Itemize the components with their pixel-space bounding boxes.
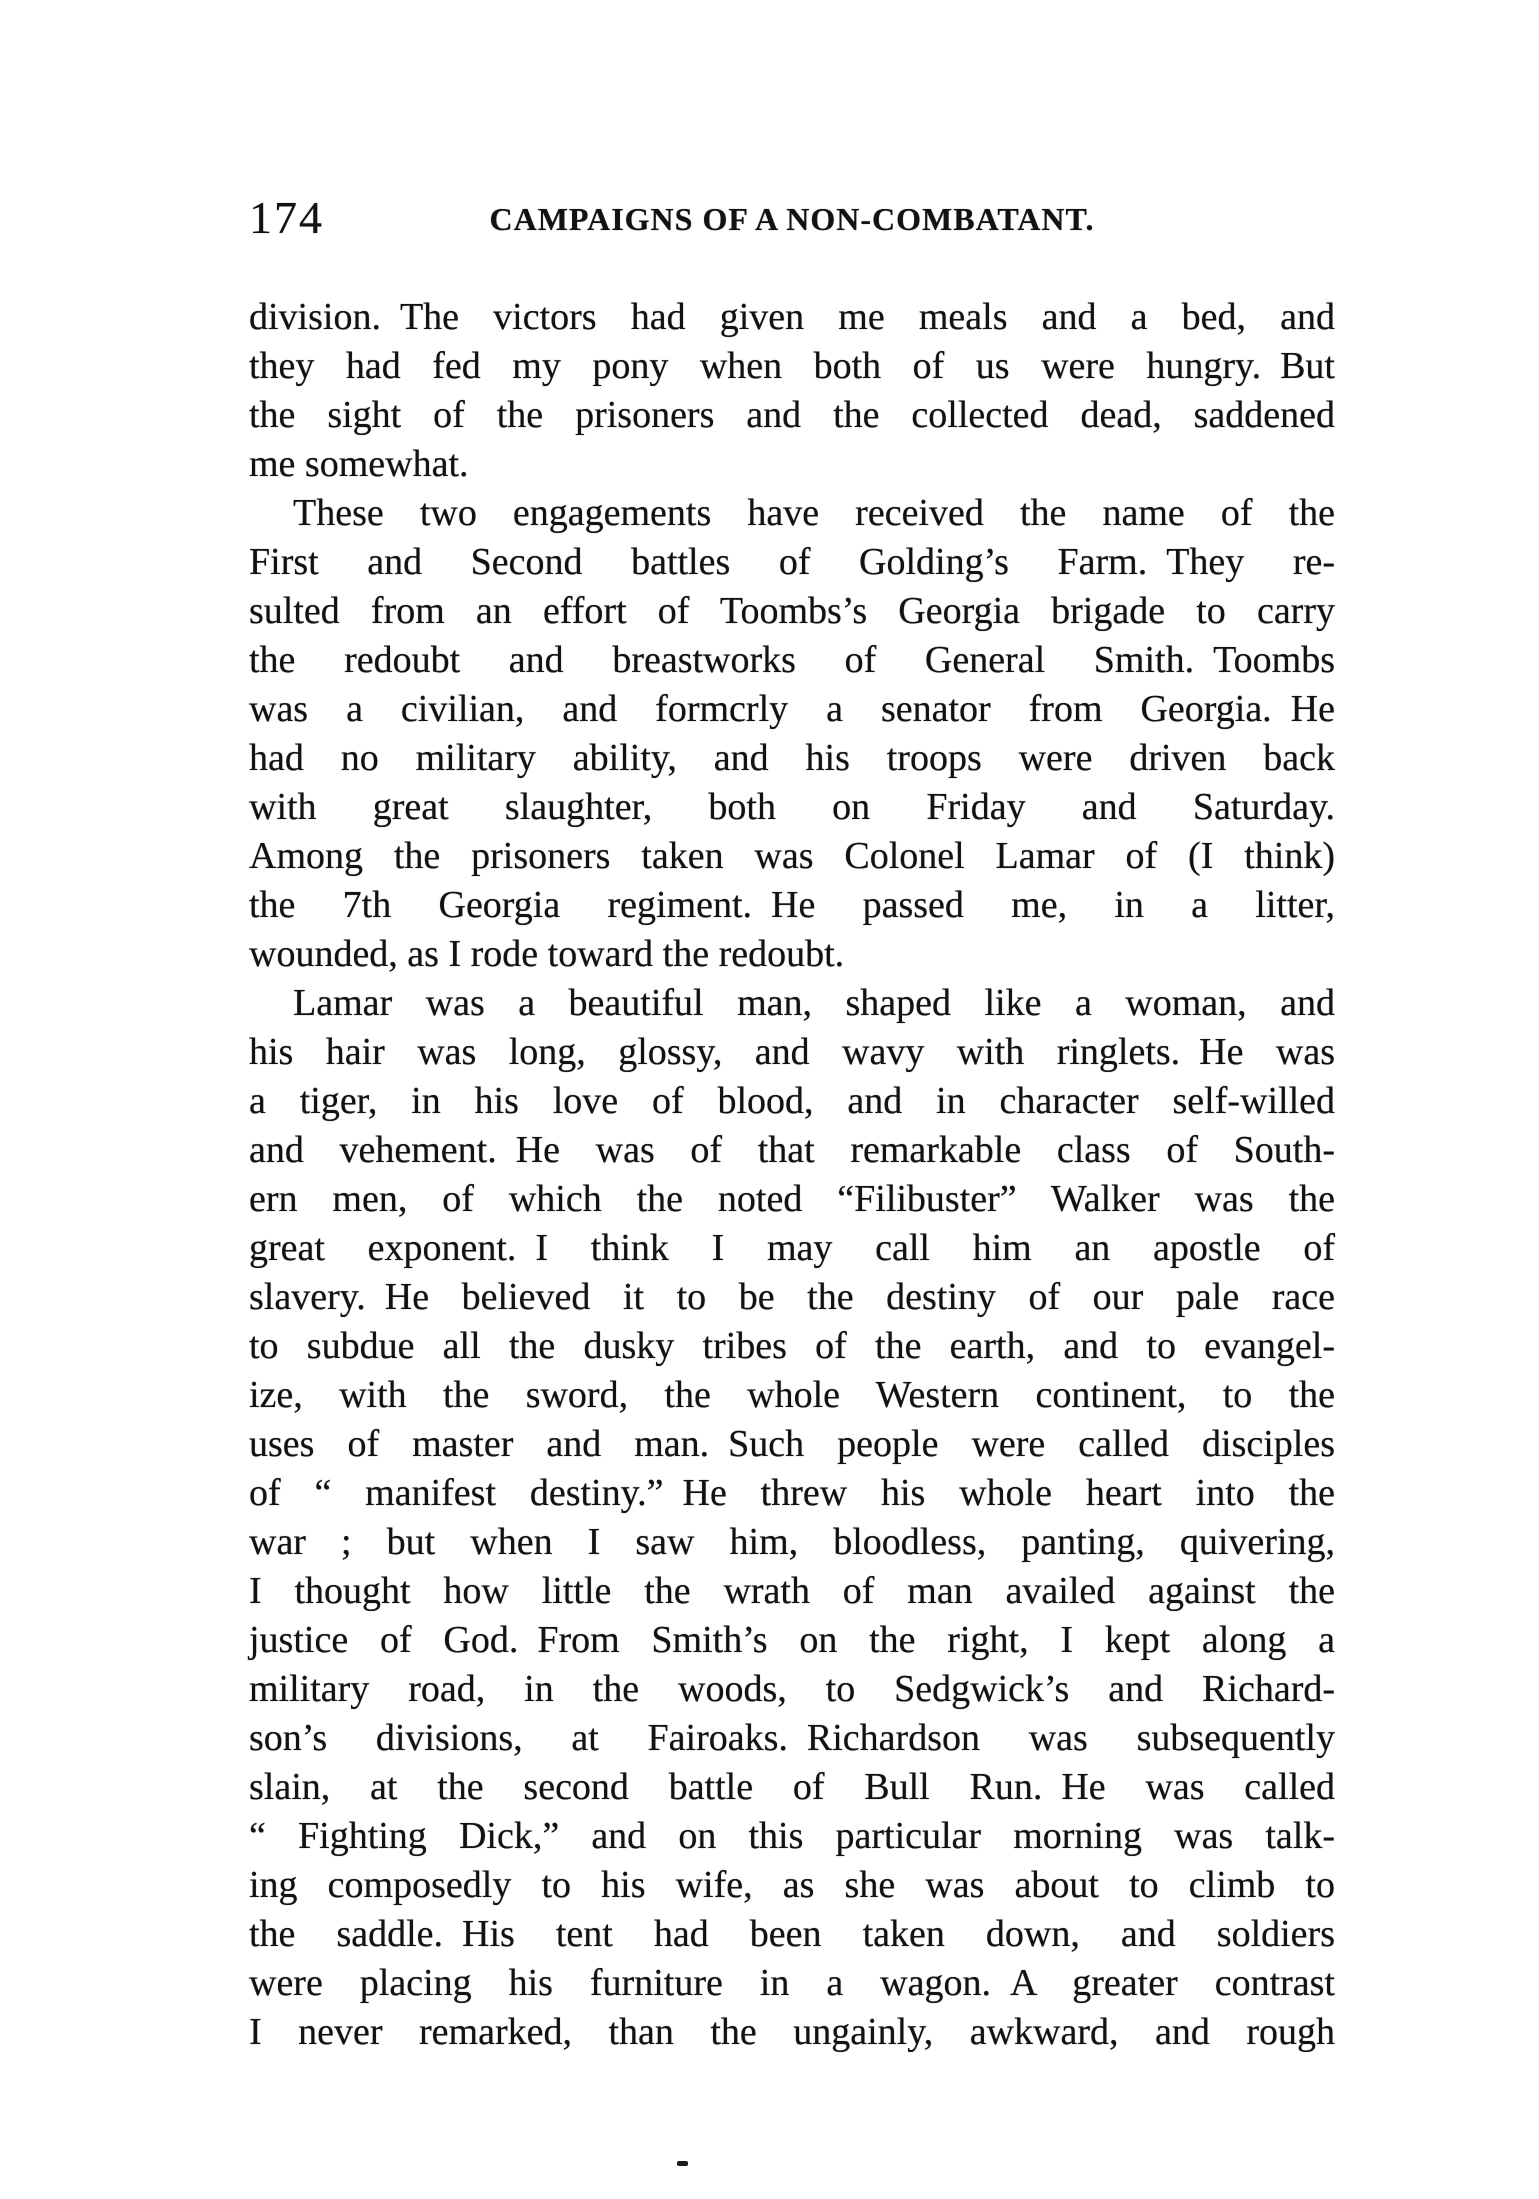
text-line: Among the prisoners taken was Colonel La… bbox=[249, 832, 1335, 881]
running-header: 174 CAMPAIGNS OF A NON-COMBATANT. bbox=[249, 196, 1335, 240]
text-line: I never remarked, than the ungainly, awk… bbox=[249, 2008, 1335, 2057]
text-line: me somewhat. bbox=[249, 440, 1335, 489]
text-line: slain, at the second battle of Bull Run.… bbox=[249, 1763, 1335, 1812]
text-line: sulted from an effort of Toombs’s Georgi… bbox=[249, 587, 1335, 636]
text-line: “ Fighting Dick,” and on this particular… bbox=[249, 1812, 1335, 1861]
text-line: justice of God. From Smith’s on the righ… bbox=[249, 1616, 1335, 1665]
text-line: the redoubt and breastworks of General S… bbox=[249, 636, 1335, 685]
running-title: CAMPAIGNS OF A NON-COMBATANT. bbox=[249, 196, 1335, 242]
text-line: First and Second battles of Golding’s Fa… bbox=[249, 538, 1335, 587]
body-text: division. The victors had given me meals… bbox=[249, 293, 1335, 2057]
scan-speck-artifact bbox=[677, 2161, 688, 2166]
text-line: wounded, as I rode toward the redoubt. bbox=[249, 930, 1335, 979]
text-line: son’s divisions, at Fairoaks. Richardson… bbox=[249, 1714, 1335, 1763]
text-line: ern men, of which the noted “Filibuster”… bbox=[249, 1175, 1335, 1224]
text-line: the sight of the prisoners and the colle… bbox=[249, 391, 1335, 440]
text-line: was a civilian, and formcrly a senator f… bbox=[249, 685, 1335, 734]
text-line: of “ manifest destiny.” He threw his who… bbox=[249, 1469, 1335, 1518]
text-line: military road, in the woods, to Sedgwick… bbox=[249, 1665, 1335, 1714]
text-line: division. The victors had given me meals… bbox=[249, 293, 1335, 342]
text-line: ing composedly to his wife, as she was a… bbox=[249, 1861, 1335, 1910]
text-line: slavery. He believed it to be the destin… bbox=[249, 1273, 1335, 1322]
text-line: they had fed my pony when both of us wer… bbox=[249, 342, 1335, 391]
text-line: his hair was long, glossy, and wavy with… bbox=[249, 1028, 1335, 1077]
text-line: These two engagements have received the … bbox=[249, 489, 1335, 538]
text-line: the 7th Georgia regiment. He passed me, … bbox=[249, 881, 1335, 930]
text-line: and vehement. He was of that remarkable … bbox=[249, 1126, 1335, 1175]
text-line: with great slaughter, both on Friday and… bbox=[249, 783, 1335, 832]
page-number: 174 bbox=[249, 196, 324, 240]
text-line: uses of master and man. Such people were… bbox=[249, 1420, 1335, 1469]
text-line: ize, with the sword, the whole Western c… bbox=[249, 1371, 1335, 1420]
text-line: the saddle. His tent had been taken down… bbox=[249, 1910, 1335, 1959]
text-line: I thought how little the wrath of man av… bbox=[249, 1567, 1335, 1616]
text-line: war ; but when I saw him, bloodless, pan… bbox=[249, 1518, 1335, 1567]
book-page: 174 CAMPAIGNS OF A NON-COMBATANT. divisi… bbox=[0, 0, 1539, 2199]
text-line: great exponent. I think I may call him a… bbox=[249, 1224, 1335, 1273]
text-line: a tiger, in his love of blood, and in ch… bbox=[249, 1077, 1335, 1126]
text-line: were placing his furniture in a wagon. A… bbox=[249, 1959, 1335, 2008]
text-line: had no military ability, and his troops … bbox=[249, 734, 1335, 783]
text-line: Lamar was a beautiful man, shaped like a… bbox=[249, 979, 1335, 1028]
text-line: to subdue all the dusky tribes of the ea… bbox=[249, 1322, 1335, 1371]
